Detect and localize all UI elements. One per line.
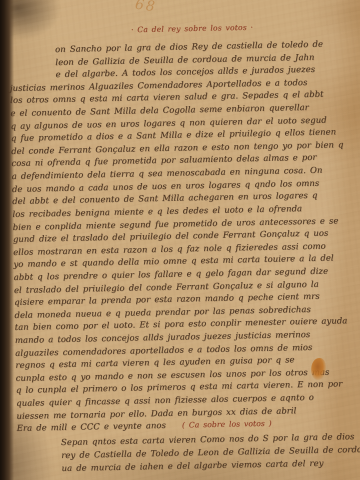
charter-king-sancho: on Sancho por la gra de dios Rey de cast… [9,37,357,422]
folio-number: 68 [134,0,158,15]
rust-stain [311,358,326,380]
confirmation-charter: Sepan qntos esta carta vieren Como nos d… [17,430,358,475]
manuscript-photo: 68 · Ca del rey sobre los votos · on San… [0,0,360,480]
closing-rubric: ( Ca sobre los votos ) [182,419,272,430]
dating-clause: Era de mill e CCC e veynte anos [17,420,166,433]
charter-text-block: on Sancho por la gra de dios Rey de cast… [9,37,358,475]
